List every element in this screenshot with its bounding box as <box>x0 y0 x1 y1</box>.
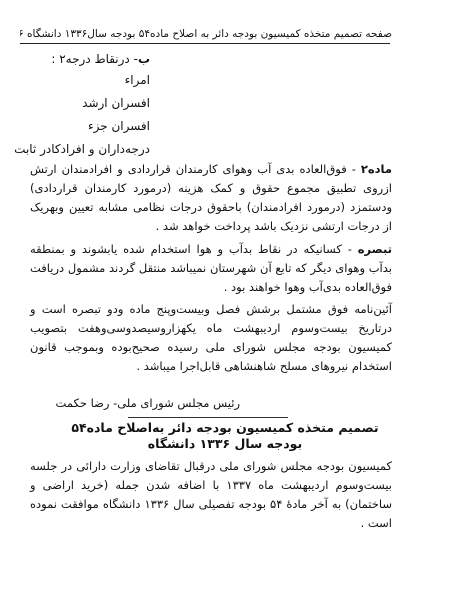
running-header: صفحه تصمیم متخذه کمیسیون بودجه دائر به ا… <box>20 27 392 41</box>
document-page: صفحه تصمیم متخذه کمیسیون بودجه دائر به ا… <box>0 0 454 599</box>
rank-name: افسران ارشد <box>82 93 150 113</box>
rank-name: امراء <box>125 70 150 90</box>
rank-name: درجه‌داران و افرادکادر ثابت <box>14 139 150 159</box>
decision-title-line-2: بودجه سال ۱۳۳۶ دانشگاه <box>60 436 390 452</box>
rank-row: افسران جزء ماهیانه ۱۲۰۰ ریال <box>0 116 150 136</box>
article-2-paragraph: ماده۲ - فوق‌العاده بدی آب وهوای کارمندان… <box>30 160 392 236</box>
article-text: - فوق‌العاده بدی آب وهوای کارمندان قرارد… <box>30 162 392 233</box>
decision-title: تصمیم متخذه کمیسیون بودجه دائر به‌اصلاح … <box>60 420 390 452</box>
note-lead: تبصره <box>358 242 392 256</box>
note-text: - کسانیکه در نقاط بدآب و هوا استخدام شده… <box>30 242 392 294</box>
decision-body: کمیسیون بودجه مجلس شورای ملی درقبال تقاض… <box>30 457 392 533</box>
section-label: - درنقاط درجه۲ : <box>51 52 138 66</box>
rank-row: امراء ماهیانه ۳۰۰۰ ریال <box>0 70 150 90</box>
signature-line: رئیس مجلس شورای ملی- رضا حکمت <box>40 394 240 412</box>
rank-row: درجه‌داران و افرادکادر ثابت ماهیانه ۳۰۰ … <box>0 139 150 159</box>
section-divider <box>128 417 288 418</box>
decision-title-line-1: تصمیم متخذه کمیسیون بودجه دائر به‌اصلاح … <box>60 420 390 436</box>
section-b-heading: ب- درنقاط درجه۲ : <box>51 50 150 68</box>
header-divider <box>20 43 390 44</box>
note-paragraph: تبصره - کسانیکه در نقاط بدآب و هوا استخد… <box>30 240 392 297</box>
closing-paragraph: آئین‌نامه فوق مشتمل برشش فصل وبیست‌وپنج … <box>30 300 392 376</box>
section-letter: ب <box>138 52 150 66</box>
article-lead: ماده۲ <box>361 162 392 176</box>
rank-row: افسران ارشد ماهیانه ۲۰۰۰ ریال <box>0 93 150 113</box>
rank-name: افسران جزء <box>88 116 150 136</box>
